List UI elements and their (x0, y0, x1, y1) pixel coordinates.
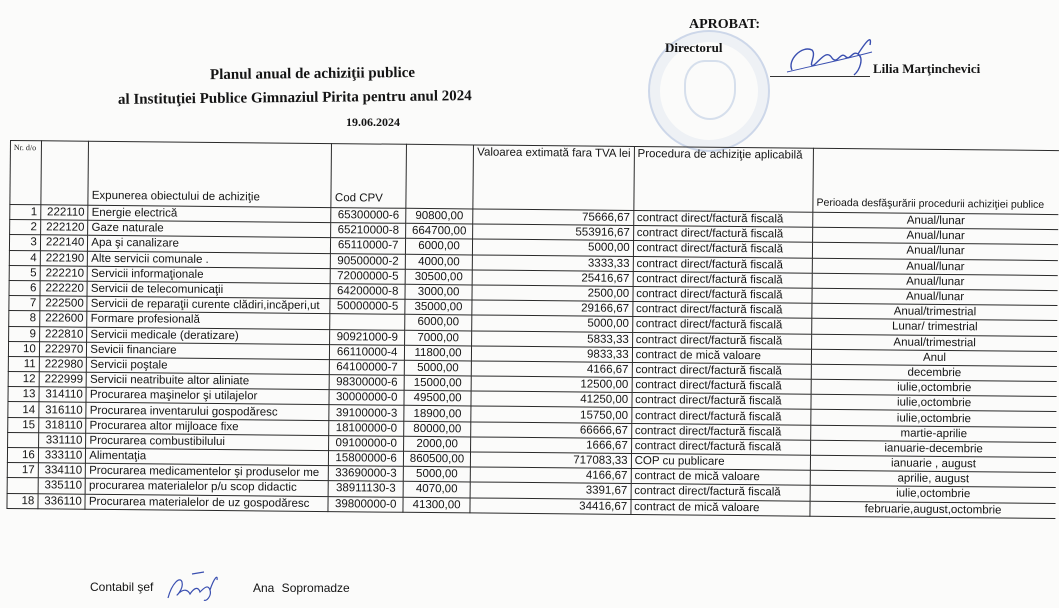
row-procedure: contract direct/factură fiscală (631, 408, 811, 425)
row-nr: 12 (8, 372, 39, 387)
row-object: Energie electrică (88, 205, 331, 223)
row-code: 222970 (39, 341, 87, 357)
row-object: Sevicii financiare (87, 342, 330, 360)
row-procedure: contract direct/factură fiscală (632, 332, 812, 349)
row-sum: 11800,00 (404, 345, 472, 361)
row-object: Apa şi canalizare (88, 236, 331, 254)
row-nr: 13 (8, 387, 39, 402)
document-date: 19.06.2024 (346, 115, 400, 130)
row-code: 333110 (38, 448, 86, 464)
row-code: 334110 (38, 463, 86, 479)
row-nr: 1 (10, 205, 41, 220)
row-procedure: contract direct/factură fiscală (632, 393, 812, 410)
row-code: 222120 (40, 220, 88, 236)
row-procedure: contract direct/factură fiscală (631, 423, 811, 440)
row-procedure: contract direct/factură fiscală (632, 378, 812, 395)
director-name: Lilia Marţinchevici (873, 61, 980, 77)
row-procedure: contract direct/factură fiscală (633, 210, 813, 227)
row-object: Alte servicii comunale . (88, 251, 331, 269)
row-nr: 9 (9, 326, 40, 341)
row-sum: 35000,00 (405, 299, 473, 315)
row-object: Alimentaţia (86, 448, 329, 466)
row-object: Servicii informaţionale (87, 266, 330, 284)
row-value: 9833,33 (472, 346, 633, 363)
accountant-label: Contabil şef (90, 580, 153, 594)
row-value: 66666,67 (471, 422, 632, 439)
row-sum: 860500,00 (403, 451, 471, 467)
row-object: Formare profesională (87, 312, 330, 330)
accountant-signature (162, 568, 222, 604)
row-procedure: contract direct/factură fiscală (633, 302, 813, 319)
row-procedure: contract de mică valoare (632, 347, 812, 364)
row-nr: 8 (9, 311, 40, 326)
row-object: procurarea materialelor p/u scop didacti… (85, 479, 328, 497)
row-sum: 664700,00 (405, 223, 473, 239)
row-nr: 14 (8, 402, 39, 417)
row-sum: 4070,00 (403, 482, 471, 498)
row-sum: 2000,00 (403, 436, 471, 452)
row-code: 316110 (39, 402, 87, 418)
row-nr: 16 (7, 447, 38, 462)
row-value: 15750,00 (471, 406, 632, 423)
row-cpv: 39800000-0 (328, 496, 403, 512)
row-value: 12500,00 (471, 376, 632, 393)
row-code: 336110 (38, 493, 86, 509)
signature-line (770, 76, 870, 77)
header-cpv: Cod CPV (331, 144, 406, 209)
row-value: 29166,67 (472, 300, 633, 317)
row-object: Procurarea medicamentelor şi produselor … (86, 463, 329, 481)
row-object: Servicii medicale (deratizare) (87, 327, 330, 345)
row-object: Servicii poştale (87, 357, 330, 375)
row-sum: 18900,00 (404, 406, 472, 422)
row-cpv: 38911130-3 (329, 481, 404, 497)
row-code: 222600 (40, 311, 88, 327)
row-object: Procurarea combustibilului (86, 433, 329, 451)
row-cpv: 90500000-2 (331, 253, 406, 269)
row-object: Servicii de reparaţii curente clădiri,in… (87, 296, 330, 314)
row-sum: 15000,00 (404, 375, 472, 391)
row-nr: 10 (8, 341, 39, 356)
row-cpv: 98300000-6 (330, 375, 405, 391)
row-cpv: 30000000-0 (329, 390, 404, 406)
row-object: Procurarea altor mijloace fixe (86, 418, 329, 436)
row-object: Procurarea materialelor de uz gospodăres… (85, 494, 328, 512)
row-sum: 30500,00 (405, 269, 473, 285)
row-procedure: contract direct/factură fiscală (633, 286, 813, 303)
row-value: 75666,67 (473, 209, 634, 226)
row-value: 5000,00 (472, 315, 633, 332)
row-value: 5833,33 (472, 330, 633, 347)
row-value: 4166,67 (472, 361, 633, 378)
row-procedure: COP cu publicare (631, 453, 811, 470)
row-procedure: contract direct/factură fiscală (631, 438, 811, 455)
row-value: 5000,00 (473, 239, 634, 256)
row-sum: 41300,00 (403, 497, 471, 513)
row-cpv: 64200000-8 (330, 284, 405, 300)
row-sum: 5000,00 (404, 360, 472, 376)
row-period: februarie,august,octombrie (810, 501, 1056, 519)
row-cpv: 90921000-9 (330, 329, 405, 345)
row-nr: 15 (8, 417, 39, 432)
row-sum: 80000,00 (404, 421, 472, 437)
accountant-name: Ana Sopromadze (253, 581, 350, 595)
row-code: 335110 (38, 478, 86, 494)
row-object: Servicii neatribuite altor aliniate (86, 372, 329, 390)
row-sum: 6000,00 (405, 239, 473, 255)
row-cpv: 64100000-7 (330, 359, 405, 375)
row-sum: 5000,00 (403, 466, 471, 482)
row-cpv: 33690000-3 (329, 466, 404, 482)
row-code: 222810 (39, 326, 87, 342)
row-code: 222500 (40, 296, 88, 312)
row-procedure: contract direct/factură fiscală (632, 362, 812, 379)
row-value: 41250,00 (471, 391, 632, 408)
row-code: 222980 (39, 357, 87, 373)
row-procedure: contract direct/factură fiscală (632, 317, 812, 334)
row-object: Gaze naturale (88, 220, 331, 238)
row-nr: 3 (9, 235, 40, 250)
row-cpv: 39100000-3 (329, 405, 404, 421)
row-code: 222190 (40, 250, 88, 266)
row-nr: 17 (7, 463, 38, 478)
row-procedure: contract direct/factură fiscală (633, 226, 813, 243)
row-procedure: contract direct/factură fiscală (633, 271, 813, 288)
row-code: 222220 (40, 281, 88, 297)
row-value: 1666,67 (471, 437, 632, 454)
row-value: 4166,67 (470, 467, 631, 484)
row-cpv: 50000000-5 (330, 299, 405, 315)
row-cpv: 72000000-5 (331, 268, 406, 284)
row-value: 25416,67 (472, 270, 633, 287)
row-nr: 2 (10, 220, 41, 235)
director-signature (782, 30, 877, 80)
row-nr (8, 432, 39, 447)
row-cpv: 66110000-4 (330, 344, 405, 360)
row-cpv: 18100000-0 (329, 420, 404, 436)
row-cpv: 15800000-6 (329, 451, 404, 467)
row-value: 553916,67 (473, 224, 634, 241)
row-sum: 7000,00 (404, 330, 472, 346)
row-code: 314110 (39, 387, 87, 403)
row-sum: 4000,00 (405, 254, 473, 270)
row-code: 331110 (38, 433, 86, 449)
row-object: Servicii de telecomunicaţii (87, 281, 330, 299)
row-nr (7, 478, 38, 493)
header-sum (406, 144, 474, 209)
row-value: 717083,33 (471, 452, 632, 469)
row-value: 34416,67 (470, 497, 631, 514)
header-nr: Nr. d/o (10, 141, 41, 205)
row-sum: 6000,00 (405, 315, 473, 331)
row-nr: 18 (7, 493, 38, 508)
row-code: 222210 (40, 266, 88, 282)
row-nr: 11 (8, 356, 39, 371)
header-code (41, 141, 89, 205)
row-procedure: contract direct/factură fiscală (633, 241, 813, 258)
row-nr: 6 (9, 280, 40, 295)
row-value: 2500,00 (472, 285, 633, 302)
row-cpv: 09100000-0 (329, 435, 404, 451)
row-value: 3333,33 (473, 255, 634, 272)
row-code: 222140 (40, 235, 88, 251)
table-header-row: Nr. d/o Expunerea obiectului de achiziţi… (10, 141, 1059, 215)
row-procedure: contract direct/factură fiscală (633, 256, 813, 273)
header-period: Perioada desfăşurării procedurii achiziţ… (813, 148, 1059, 214)
header-object: Expunerea obiectului de achiziţie (88, 141, 332, 207)
row-cpv: 65300000-6 (331, 208, 406, 224)
row-sum: 90800,00 (406, 208, 474, 224)
row-procedure: contract de mică valoare (631, 469, 811, 486)
row-nr: 4 (9, 250, 40, 265)
row-code: 222110 (41, 205, 89, 221)
document-title: Planul anual de achiziţii publice (210, 65, 415, 84)
director-role: Directorul (665, 40, 723, 56)
header-procedure: Procedura de achiziţie aplicabilă (634, 146, 814, 212)
row-sum: 49500,00 (404, 391, 472, 407)
row-code: 222999 (39, 372, 87, 388)
row-nr: 5 (9, 265, 40, 280)
row-value: 3391,67 (470, 482, 631, 499)
row-code: 318110 (39, 417, 87, 433)
procurement-plan-table: Nr. d/o Expunerea obiectului de achiziţi… (6, 140, 1058, 519)
row-object: Procurarea inventarului gospodăresc (86, 403, 329, 421)
row-cpv: 65110000-7 (331, 238, 406, 254)
row-nr: 7 (9, 296, 40, 311)
document-subtitle: al Instituţiei Publice Gimnaziul Pirita … (118, 88, 472, 109)
row-sum: 3000,00 (405, 284, 473, 300)
row-procedure: contract direct/factură fiscală (631, 484, 811, 501)
row-object: Procurarea maşinelor şi utilajelor (86, 387, 329, 405)
row-procedure: contract de mică valoare (631, 499, 811, 516)
row-cpv: 65210000-8 (331, 223, 406, 239)
row-cpv (330, 314, 405, 330)
header-value: Valoarea extimată fara TVA lei (473, 145, 634, 211)
approval-label: APROBAT: (689, 17, 760, 33)
